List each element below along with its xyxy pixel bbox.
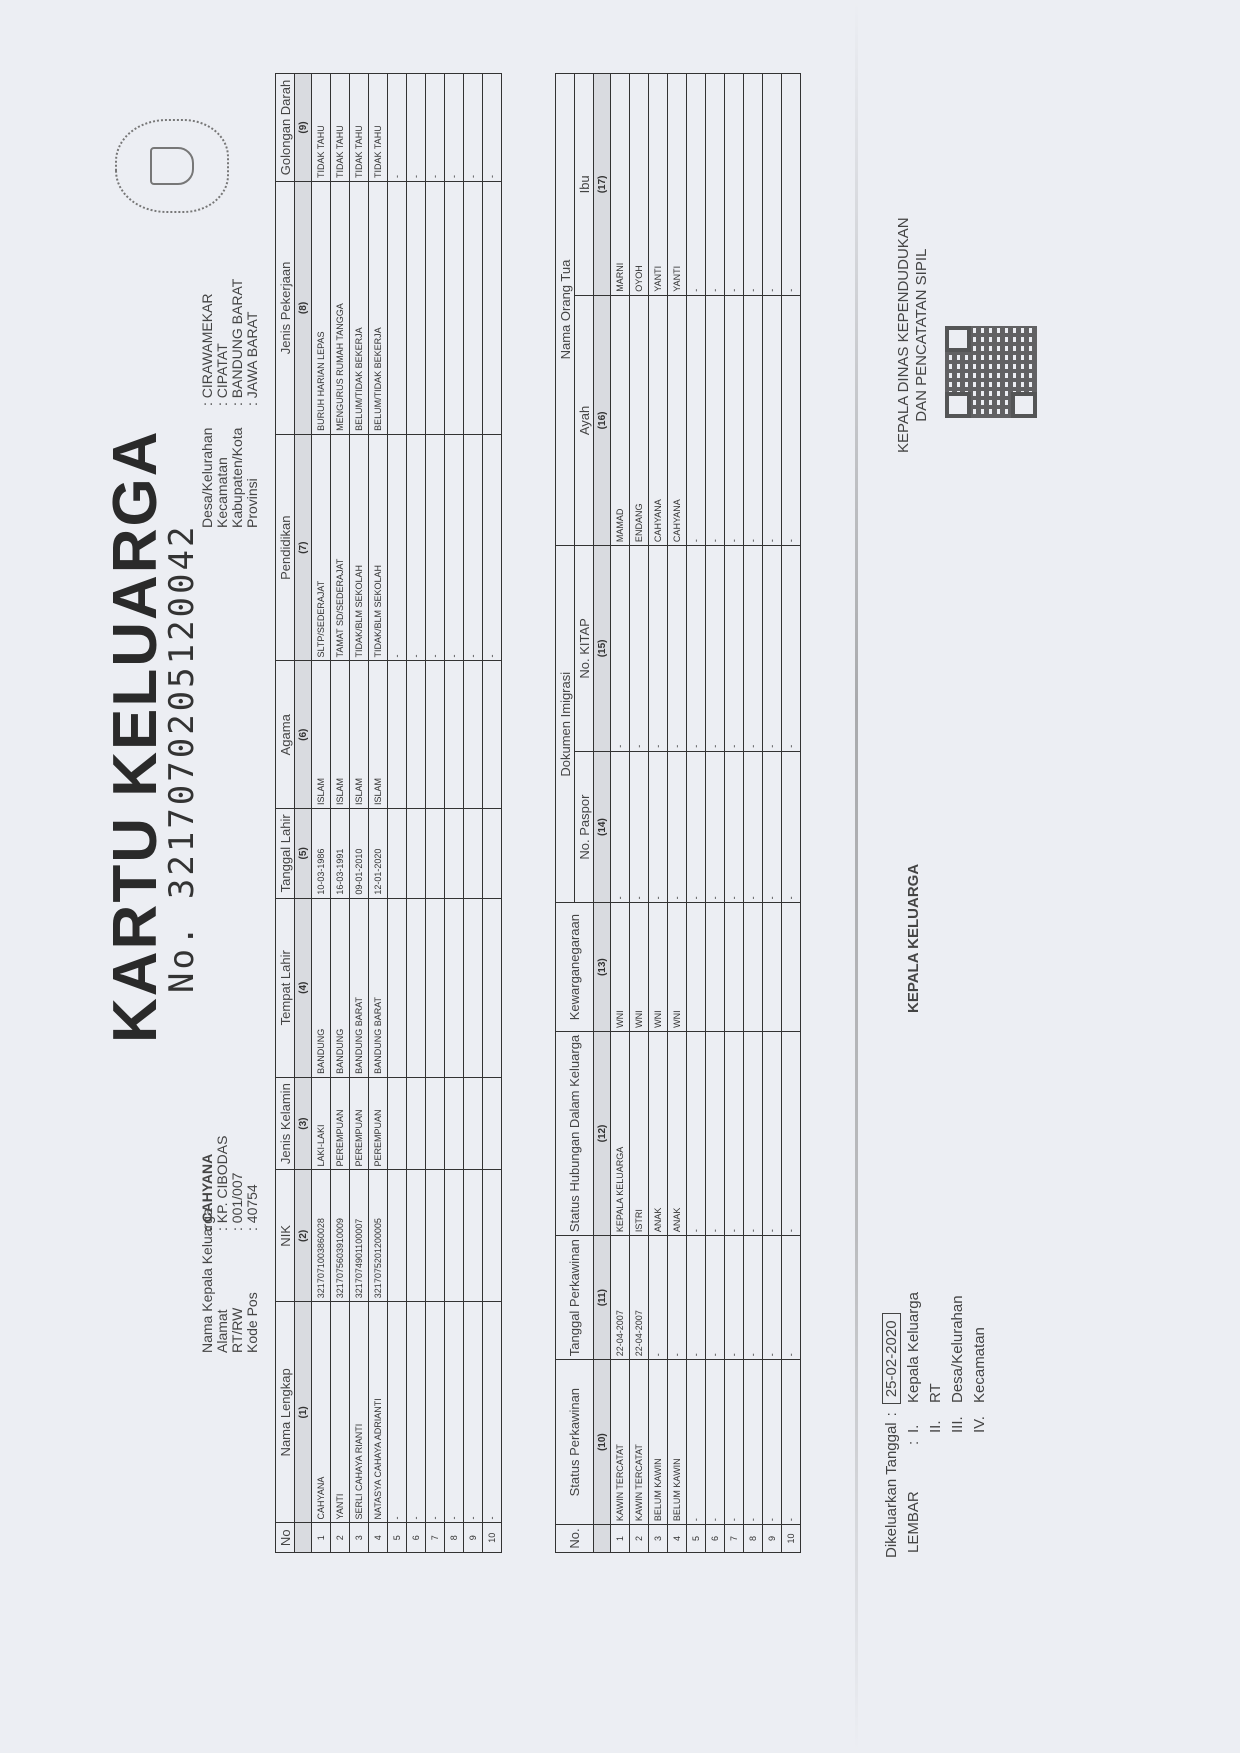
column-header: Tempat Lahir [276,898,295,1077]
table-cell: - [782,1236,801,1360]
table-cell [407,1170,426,1302]
lembar-label: LEMBAR [905,1445,927,1553]
table-cell: ISLAM [350,661,369,809]
info-label: Provinsi [245,410,260,528]
table-cell: BANDUNG [331,898,350,1077]
table-cell: 3 [649,1525,668,1553]
table-cell [445,809,464,899]
address-value: : KP. CIBODAS [215,1136,230,1235]
column-header: No. [556,1525,594,1553]
status-table-header-group: No. Status Perkawinan Tanggal Perkawinan… [556,74,575,1553]
table-cell [483,1077,502,1170]
table-cell: - [763,751,782,903]
table-cell: 09-01-2010 [350,809,369,899]
column-number: (6) [295,661,312,809]
table-cell [407,898,426,1077]
table-cell: - [668,1236,687,1360]
column-header: Tanggal Perkawinan [556,1236,594,1360]
issued-label: Dikeluarkan Tanggal [883,1422,900,1558]
table-cell [426,181,445,434]
table-cell: - [744,295,763,545]
table-row: 7------- [725,74,744,1553]
table-cell: YANTI [649,74,668,296]
table-cell: - [744,1236,763,1360]
table-cell [483,809,502,899]
column-header: Golongan Darah [276,74,295,182]
table-row: 2YANTI3217075603910009PEREMPUANBANDUNG16… [331,74,350,1553]
lembar-item: RT [927,1383,949,1403]
table-cell: TIDAK TAHU [312,74,331,182]
table-cell: MAMAD [611,295,630,545]
issued-date-value: 25-02-2020 [882,1313,901,1404]
table-cell: KAWIN TERCATAT [630,1360,649,1525]
info-label: Desa/Kelurahan [200,410,215,528]
table-cell: ISTRI [630,1031,649,1235]
table-cell [464,809,483,899]
issued-date: Dikeluarkan Tanggal : 25-02-2020 [880,1313,902,1558]
village-value: : CIRAWAMEKAR [200,293,215,410]
table-row: 8--- [445,74,464,1553]
table-cell: PEREMPUAN [369,1077,388,1170]
column-number [594,1525,611,1553]
table-cell: ANAK [668,1031,687,1235]
column-number [295,1523,312,1553]
table-cell: - [725,1360,744,1525]
table-cell: - [706,1236,725,1360]
table-cell: 22-04-2007 [630,1236,649,1360]
table-cell: - [611,751,630,903]
column-number: (14) [594,751,611,903]
info-label: Nama Kepala Keluarga [200,1235,215,1353]
table-cell [464,898,483,1077]
table-cell: CAHYANA [312,1302,331,1523]
column-number: (17) [594,74,611,296]
table-cell [445,661,464,809]
table-cell: 2 [331,1523,350,1553]
table-cell: - [744,1031,763,1235]
info-label: Kecamatan [215,410,230,528]
table-cell: WNI [649,903,668,1031]
office-title-line: KEPALA DINAS KEPENDUDUKAN [895,217,913,453]
copy-distribution-list: LEMBAR:I.Kepala Keluarga II.RT III.Desa/… [905,1292,993,1553]
table-cell: KEPALA KELUARGA [611,1031,630,1235]
table-cell: 10-03-1986 [312,809,331,899]
table-cell: SLTP/SEDERAJAT [312,434,331,661]
table-cell [388,809,407,899]
table-cell: - [763,1031,782,1235]
table-cell: 12-01-2020 [369,809,388,899]
table-cell: 3217074901100007 [350,1170,369,1302]
table-cell: ANAK [649,1031,668,1235]
table-cell [445,1170,464,1302]
table-cell [483,898,502,1077]
table-cell: - [445,434,464,661]
table-cell: MARNI [611,74,630,296]
info-label: Kode Pos [245,1235,260,1353]
table-cell: - [763,1360,782,1525]
signature-head-of-family: KEPALA KELUARGA [905,864,922,1013]
table-cell [426,1077,445,1170]
table-cell [706,903,725,1031]
table-cell: - [706,1031,725,1235]
table-cell: 2 [630,1525,649,1553]
column-number: (5) [295,809,312,899]
table-cell: - [388,1302,407,1523]
table-cell: TIDAK TAHU [331,74,350,182]
table-cell: - [407,1302,426,1523]
table-cell [388,1077,407,1170]
table-cell: - [649,1236,668,1360]
table-cell: - [426,434,445,661]
column-header: Pendidikan [276,434,295,661]
table-cell: YANTI [331,1302,350,1523]
lembar-number: II. [927,1403,949,1433]
lembar-number: I. [905,1403,927,1433]
table-cell: 8 [445,1523,464,1553]
column-header: Ayah [575,295,594,545]
table-cell: 7 [725,1525,744,1553]
table-cell: NATASYA CAHAYA ADRIANTI [369,1302,388,1523]
table-cell [464,1170,483,1302]
table-cell: BELUM KAWIN [649,1360,668,1525]
table-cell: 4 [369,1523,388,1553]
document-title: KARTU KELUARGA [100,429,171,1043]
table-cell: CAHYANA [668,295,687,545]
table-cell: - [630,751,649,903]
table-cell [483,661,502,809]
table-cell [388,181,407,434]
table-row: 1CAHYANA3217071003860028LAKI-LAKIBANDUNG… [312,74,331,1553]
table-cell [388,1170,407,1302]
table-cell: - [725,546,744,752]
column-number: (13) [594,903,611,1031]
table-cell: - [706,1360,725,1525]
table-cell: PEREMPUAN [331,1077,350,1170]
table-cell: 6 [706,1525,725,1553]
column-header: Status Hubungan Dalam Keluarga [556,1031,594,1235]
table-row: 2KAWIN TERCATAT22-04-2007ISTRIWNI--ENDAN… [630,74,649,1553]
table-cell: YANTI [668,74,687,296]
table-cell: - [725,295,744,545]
table-cell: - [687,751,706,903]
info-label: Alamat [215,1235,230,1353]
table-cell: MENGURUS RUMAH TANGGA [331,181,350,434]
table-cell [483,1170,502,1302]
table-cell: - [706,74,725,296]
table-row: 8------- [744,74,763,1553]
table-cell: - [464,434,483,661]
lembar-number: III. [949,1403,971,1433]
table-cell: PEREMPUAN [350,1077,369,1170]
lembar-number: IV. [971,1403,993,1433]
table-cell: - [687,1031,706,1235]
table-cell: BELUM/TIDAK BEKERJA [350,181,369,434]
table-cell: CAHYANA [649,295,668,545]
document-number: No. 3217070205120042 [162,524,202,993]
table-cell: 9 [763,1525,782,1553]
column-header: No. KITAP [575,546,594,752]
column-header: No [276,1523,295,1553]
table-cell: - [483,434,502,661]
column-number: (3) [295,1077,312,1170]
lembar-item: Desa/Kelurahan [949,1295,971,1403]
table-cell [725,903,744,1031]
lembar-item: Kecamatan [971,1327,993,1403]
column-number: (9) [295,74,312,182]
table-row: 9------- [763,74,782,1553]
table-cell: - [649,546,668,752]
table-cell: 10 [483,1523,502,1553]
status-table-column-numbers: (10)(11)(12)(13)(14)(15)(16)(17) [594,74,611,1553]
table-cell: - [668,546,687,752]
column-header: NIK [276,1170,295,1302]
table-cell: - [483,74,502,182]
table-cell: - [706,295,725,545]
table-cell: TIDAK TAHU [350,74,369,182]
table-cell: - [630,546,649,752]
table-row: 9--- [464,74,483,1553]
table-cell [426,661,445,809]
table-cell: - [744,751,763,903]
table-cell: BURUH HARIAN LEPAS [312,181,331,434]
table-cell: 3217075603910009 [331,1170,350,1302]
members-table: NoNama LengkapNIKJenis KelaminTempat Lah… [275,73,502,1553]
table-row: 5--- [388,74,407,1553]
head-of-family-name: : CAHYANA [200,1154,215,1235]
table-row: 6------- [706,74,725,1553]
table-cell: TIDAK/BLM SEKOLAH [350,434,369,661]
status-table: No. Status Perkawinan Tanggal Perkawinan… [555,73,801,1553]
info-label: Kabupaten/Kota [230,410,245,528]
table-cell: 6 [407,1523,426,1553]
column-number: (15) [594,546,611,752]
table-cell: BANDUNG [312,898,331,1077]
table-row: 10------- [782,74,801,1553]
table-row: 10--- [483,74,502,1553]
table-cell [445,181,464,434]
table-cell: 4 [668,1525,687,1553]
table-cell: - [407,434,426,661]
table-cell: 8 [744,1525,763,1553]
table-cell [426,1170,445,1302]
table-cell: - [407,74,426,182]
table-cell: - [426,1302,445,1523]
column-header: Kewarganegaraan [556,903,594,1031]
table-cell: - [445,74,464,182]
table-cell: - [763,1236,782,1360]
table-cell [464,1077,483,1170]
table-cell: TIDAK TAHU [369,74,388,182]
table-cell: - [687,1360,706,1525]
table-cell: - [611,546,630,752]
table-cell: - [763,74,782,296]
table-row: 5------- [687,74,706,1553]
garuda-emblem-icon [95,83,245,253]
table-cell: - [782,74,801,296]
table-cell [445,898,464,1077]
table-row: 1KAWIN TERCATAT22-04-2007KEPALA KELUARGA… [611,74,630,1553]
table-cell [464,181,483,434]
table-cell: - [445,1302,464,1523]
table-cell: 10 [782,1525,801,1553]
table-row: 4NATASYA CAHAYA ADRIANTI3217075201200005… [369,74,388,1553]
table-cell [426,809,445,899]
table-cell [407,809,426,899]
table-cell [407,1077,426,1170]
table-cell: - [668,751,687,903]
group-header-immigration: Dokumen Imigrasi [556,546,575,903]
table-cell: TIDAK/BLM SEKOLAH [369,434,388,661]
table-cell: - [388,74,407,182]
members-table-header: NoNama LengkapNIKJenis KelaminTempat Lah… [276,74,295,1553]
table-cell [464,661,483,809]
table-cell: WNI [611,903,630,1031]
table-cell: TAMAT SD/SEDERAJAT [331,434,350,661]
table-cell [388,898,407,1077]
column-number: (4) [295,898,312,1077]
table-cell: - [725,751,744,903]
family-card-page: KARTU KELUARGA No. 3217070205120042 Nama… [0,0,1240,1753]
table-cell: WNI [668,903,687,1031]
table-cell: 3217075201200005 [369,1170,388,1302]
table-cell: 1 [312,1523,331,1553]
table-cell: - [725,1236,744,1360]
column-number: (11) [594,1236,611,1360]
table-cell: 16-03-1991 [331,809,350,899]
table-cell: - [782,1360,801,1525]
table-cell: 1 [611,1525,630,1553]
column-number: (2) [295,1170,312,1302]
table-cell: BANDUNG BARAT [369,898,388,1077]
regency-value: : BANDUNG BARAT [230,279,245,410]
paper-fold-line [855,0,858,1753]
table-cell: - [687,295,706,545]
table-cell: - [687,546,706,752]
table-cell: ISLAM [369,661,388,809]
column-number: (8) [295,181,312,434]
column-header: Nama Lengkap [276,1302,295,1523]
column-header: Tanggal Lahir [276,809,295,899]
table-cell: - [782,295,801,545]
column-number: (1) [295,1302,312,1523]
table-cell: 7 [426,1523,445,1553]
table-cell: - [426,74,445,182]
head-info-left: Nama Kepala Keluarga: CAHYANA Alamat: KP… [200,1136,260,1353]
info-label: RT/RW [230,1235,245,1353]
table-cell: - [483,1302,502,1523]
table-row: 6--- [407,74,426,1553]
table-cell: ISLAM [312,661,331,809]
table-cell: - [687,1236,706,1360]
table-cell: - [464,1302,483,1523]
table-cell [782,903,801,1031]
table-cell: - [782,1031,801,1235]
column-header: No. Paspor [575,751,594,903]
table-cell: - [649,751,668,903]
province-value: : JAWA BARAT [245,312,260,410]
table-cell: 5 [687,1525,706,1553]
rt-rw-value: : 001/007 [230,1173,245,1235]
column-header: Ibu [575,74,594,296]
table-cell: - [744,1360,763,1525]
table-cell: - [388,434,407,661]
table-cell [687,903,706,1031]
table-cell: 9 [464,1523,483,1553]
table-cell: 22-04-2007 [611,1236,630,1360]
table-cell: - [782,751,801,903]
table-cell: - [725,1031,744,1235]
table-cell [483,181,502,434]
group-header-parents: Nama Orang Tua [556,74,575,546]
table-cell: ENDANG [630,295,649,545]
table-cell [744,903,763,1031]
table-cell: BANDUNG BARAT [350,898,369,1077]
table-cell: KAWIN TERCATAT [611,1360,630,1525]
qr-code-icon [945,326,1037,418]
table-cell: SERLI CAHAYA RIANTI [350,1302,369,1523]
column-number: (12) [594,1031,611,1235]
table-cell: - [744,546,763,752]
table-cell [763,903,782,1031]
table-cell: - [744,74,763,296]
table-cell: - [464,74,483,182]
table-row: 3BELUM KAWIN-ANAKWNI--CAHYANAYANTI [649,74,668,1553]
table-cell: - [763,546,782,752]
table-cell: - [706,546,725,752]
table-row: 3SERLI CAHAYA RIANTI3217074901100007PERE… [350,74,369,1553]
column-number: (10) [594,1360,611,1525]
table-cell: ISLAM [331,661,350,809]
table-cell [407,181,426,434]
table-cell: LAKI-LAKI [312,1077,331,1170]
table-cell [407,661,426,809]
postal-code-value: : 40754 [245,1184,260,1235]
table-row: 7--- [426,74,445,1553]
table-cell [388,661,407,809]
table-cell: 3 [350,1523,369,1553]
column-number: (16) [594,295,611,545]
table-cell [426,898,445,1077]
column-header: Jenis Pekerjaan [276,181,295,434]
table-cell: - [782,546,801,752]
table-cell: OYOH [630,74,649,296]
table-cell: - [687,74,706,296]
table-cell: 5 [388,1523,407,1553]
table-cell: WNI [630,903,649,1031]
table-cell: - [706,751,725,903]
column-number: (7) [295,434,312,661]
table-cell: - [725,74,744,296]
column-header: Status Perkawinan [556,1360,594,1525]
office-title-line: DAN PENCATATAN SIPIL [913,217,931,453]
table-cell: 3217071003860028 [312,1170,331,1302]
members-table-column-numbers: (1)(2)(3)(4)(5)(6)(7)(8)(9) [295,74,312,1553]
table-cell [445,1077,464,1170]
table-cell: BELUM/TIDAK BEKERJA [369,181,388,434]
column-header: Jenis Kelamin [276,1077,295,1170]
district-value: : CIPATAT [215,343,230,410]
table-cell: - [763,295,782,545]
table-cell: BELUM KAWIN [668,1360,687,1525]
column-header: Agama [276,661,295,809]
lembar-item: Kepala Keluarga [905,1292,927,1403]
signature-civil-registry: KEPALA DINAS KEPENDUDUKAN DAN PENCATATAN… [895,217,931,453]
table-row: 4BELUM KAWIN-ANAKWNI--CAHYANAYANTI [668,74,687,1553]
head-info-right: Desa/Kelurahan: CIRAWAMEKAR Kecamatan: C… [200,279,260,528]
